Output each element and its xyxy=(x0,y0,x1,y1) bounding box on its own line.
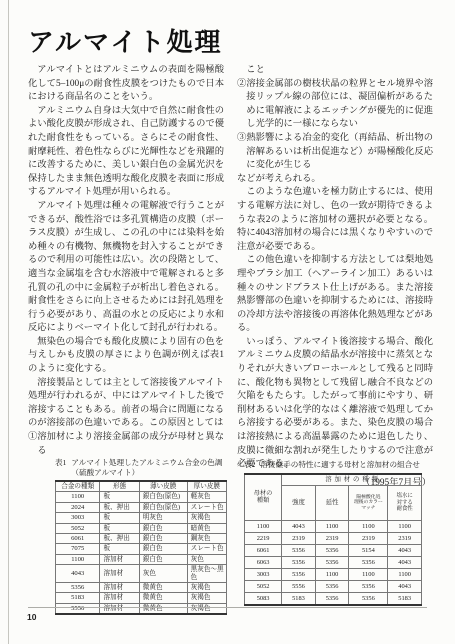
table1-block: 表1 アルマイト処理したアルミニウム合金の色調（硫酸アルマイト） 合金の種類 形… xyxy=(55,458,227,615)
table-cell: 黒灰色〜黒色 xyxy=(187,565,226,583)
paragraph: ②溶接金属部の樹枝状晶の粒界とセル境界や溶接リップル線の部位には、凝固偏析がある… xyxy=(237,78,433,132)
table-row: 11004043110011001100 xyxy=(245,521,422,533)
table-row: 5052板銀白色暗黄色 xyxy=(56,523,227,533)
table-cell: 1100 xyxy=(56,554,100,564)
table-cell: 1100 xyxy=(315,521,349,533)
table-cell: 灰色 xyxy=(139,565,187,583)
paragraph: こと xyxy=(237,64,433,78)
table-cell: 鋼灰色 xyxy=(187,534,226,544)
table-cell: 3003 xyxy=(56,513,100,523)
table-cell: 板 xyxy=(100,523,139,533)
table-cell: 4043 xyxy=(282,521,316,533)
table-cell: 2319 xyxy=(282,533,316,545)
table-cell: 4043 xyxy=(388,557,422,569)
table-cell: 灰褐色 xyxy=(187,603,226,614)
table-row: 22192319231923192319 xyxy=(245,533,422,545)
table-cell: 5356 xyxy=(282,545,316,557)
table-cell: 5356 xyxy=(315,593,349,606)
table-cell: 4043 xyxy=(56,565,100,583)
table-row: 3003板明灰色灰褐色 xyxy=(56,513,227,523)
table-row: 5356溶加材微黄色灰褐色 xyxy=(56,583,227,593)
table-cell: 1100 xyxy=(56,492,100,502)
table-cell: 5183 xyxy=(282,593,316,606)
table-cell: 板 xyxy=(100,513,139,523)
table-cell: 7075 xyxy=(56,544,100,554)
table-cell: 4043 xyxy=(388,581,422,593)
table-row: 6061板、押出銀白色鋼灰色 xyxy=(56,534,227,544)
table-cell: 銀白色(原色) xyxy=(139,492,187,502)
table-cell: 灰褐色 xyxy=(187,593,226,603)
t1-col-header-alloy: 合金の種類 xyxy=(56,481,100,492)
page-left-rule xyxy=(8,0,9,644)
t1-col-header-form: 形態 xyxy=(100,481,139,492)
page-number: 10 xyxy=(27,612,36,622)
table-row: 4043溶加材灰色黒灰色〜黒色 xyxy=(56,565,227,583)
table1-label: 表1 xyxy=(55,458,66,477)
table-cell: 板 xyxy=(100,492,139,502)
table-row: 2024板、押出銀白色(原色)スレート色 xyxy=(56,502,227,512)
table-cell: 銀白色 xyxy=(139,544,187,554)
paragraph: ③熱影響による冶金的変化（再結晶、析出物の溶解あるいは析出促進など）が陽極酸化反… xyxy=(237,132,433,173)
table-cell: 1100 xyxy=(388,521,422,533)
table-cell: 板、押出 xyxy=(100,534,139,544)
table-row: 5183溶加材微黄色灰褐色 xyxy=(56,593,227,603)
table-cell: 溶加材 xyxy=(100,565,139,583)
table-cell: 5083 xyxy=(245,593,282,606)
table-cell: 5356 xyxy=(349,557,388,569)
table-cell: 1100 xyxy=(388,569,422,581)
table-cell: 明灰色 xyxy=(139,513,187,523)
table-cell: 6061 xyxy=(245,545,282,557)
t1-col-header-thin-film: 薄い皮膜 xyxy=(139,481,187,492)
table-cell: 銀白色(原色) xyxy=(139,502,187,512)
t2-col-header-base-metal: 母材の 種類 xyxy=(245,474,282,521)
table-cell: 6061 xyxy=(56,534,100,544)
paragraph: この他色違いを抑制する方法としては梨地処理やブラシ加工（ヘアーライン加工）あるい… xyxy=(237,254,433,336)
table-row: 1100溶加材銀白色灰色 xyxy=(56,554,227,564)
table-cell: 銀白色 xyxy=(139,523,187,533)
table-cell: 溶加材 xyxy=(100,603,139,614)
table-cell: 4043 xyxy=(388,545,422,557)
table-cell: 微黄色 xyxy=(139,583,187,593)
paragraph: 溶接製品としては主として溶接後アルマイト処理が行われるが、中にはアルマイトした後… xyxy=(28,377,224,431)
table1: 合金の種類 形態 薄い皮膜 厚い皮膜 1100板銀白色(原色)軽灰色2024板、… xyxy=(55,480,227,615)
paragraph: いっぽう、アルマイト後溶接する場合、酸化アルミニウム皮膜の結晶水が溶接中に蒸気と… xyxy=(237,336,433,472)
table-cell: 灰褐色 xyxy=(187,583,226,593)
table2-label: 表2 xyxy=(244,460,255,470)
table-cell: 5356 xyxy=(349,581,388,593)
table-cell: 1100 xyxy=(349,569,388,581)
table-cell: 5356 xyxy=(315,581,349,593)
table-cell: 5183 xyxy=(56,593,100,603)
body-text: アルマイトとはアルミニウムの表面を陽極酸化して5–100μの耐食性皮膜をつけたも… xyxy=(28,64,433,490)
table1-header-row: 合金の種類 形態 薄い皮膜 厚い皮膜 xyxy=(56,481,227,492)
table-cell: 3003 xyxy=(245,569,282,581)
paragraph: 無染色の場合でも酸化皮膜により固有の色を与えしかも皮膜の厚さにより色調が例えば表… xyxy=(28,336,224,377)
table-cell: 5356 xyxy=(282,569,316,581)
t2-col-header-saltwater-corrosion: 塩水に 対する 耐食性 xyxy=(388,486,422,521)
left-column: アルマイトとはアルミニウムの表面を陽極酸化して5–100μの耐食性皮膜をつけたも… xyxy=(28,64,224,490)
t1-col-header-thick-film: 厚い皮膜 xyxy=(187,481,226,492)
table-row: 30035356110011001100 xyxy=(245,569,422,581)
table1-caption-text: アルマイト処理したアルミニウム合金の色調（硫酸アルマイト） xyxy=(71,458,227,477)
table-cell: 2219 xyxy=(245,533,282,545)
paragraph: アルミニウム自身は大気中で自然に耐食性のよい酸化皮膜が形成され、自己防護するので… xyxy=(28,105,224,200)
table-cell: 溶加材 xyxy=(100,554,139,564)
table-cell: 1100 xyxy=(245,521,282,533)
table-cell: 5052 xyxy=(56,523,100,533)
table-row: 60615356535651544043 xyxy=(245,545,422,557)
table2-caption-text: 溶接継手の特性に適する母材と溶加材の組合せ xyxy=(260,460,419,470)
table2-caption: 表2 溶接継手の特性に適する母材と溶加材の組合せ xyxy=(244,460,422,470)
table-cell: 2319 xyxy=(349,533,388,545)
table1-caption: 表1 アルマイト処理したアルミニウム合金の色調（硫酸アルマイト） xyxy=(55,458,227,477)
table-cell: 5356 xyxy=(282,557,316,569)
table-cell: 銀白色 xyxy=(139,554,187,564)
footer-rule xyxy=(28,607,427,608)
t2-group-header-filler: 溶加材の種類 xyxy=(282,474,422,486)
table-cell: 板、押出 xyxy=(100,502,139,512)
page-title: アルマイト処理 xyxy=(28,22,222,59)
t2-col-header-anodize-color-match: 陽極酸化処 理後のカラー マッチ xyxy=(349,486,388,521)
table-cell: 5183 xyxy=(388,593,422,606)
table-cell: 軽灰色 xyxy=(187,492,226,502)
table-row: 50835183535653565183 xyxy=(245,593,422,606)
table-cell: 5356 xyxy=(56,583,100,593)
paragraph: などが考えられる。 xyxy=(237,173,433,187)
table-cell: 微黄色 xyxy=(139,603,187,614)
paragraph: ①溶加材により溶接金属部の成分が母材と異なる xyxy=(28,431,224,458)
table-cell: 銀白色 xyxy=(139,534,187,544)
table-cell: 微黄色 xyxy=(139,593,187,603)
table-row: 60635356535653564043 xyxy=(245,557,422,569)
table-row: 50525556535653564043 xyxy=(245,581,422,593)
table-cell: 2024 xyxy=(56,502,100,512)
paragraph: このような色違いを極力防止するには、使用する電解方法に対し、色の一致が期待できる… xyxy=(237,186,433,254)
table-cell: 5556 xyxy=(282,581,316,593)
table-row: 5556溶加材微黄色灰褐色 xyxy=(56,603,227,614)
table-cell: 5356 xyxy=(315,545,349,557)
table-cell: 2319 xyxy=(315,533,349,545)
table-cell: 灰色 xyxy=(187,554,226,564)
t2-col-header-strength: 強度 xyxy=(282,486,316,521)
table-cell: 暗黄色 xyxy=(187,523,226,533)
paragraph: アルマイトとはアルミニウムの表面を陽極酸化して5–100μの耐食性皮膜をつけたも… xyxy=(28,64,224,105)
table-cell: 1100 xyxy=(315,569,349,581)
table-cell: 5356 xyxy=(349,593,388,606)
table-cell: 5052 xyxy=(245,581,282,593)
table-cell: 5154 xyxy=(349,545,388,557)
table-cell: 2319 xyxy=(388,533,422,545)
paragraph: アルマイト処理は種々の電解液で行うことができるが、酸性浴では多孔質構造の皮膜（ポ… xyxy=(28,200,224,336)
table-cell: 灰褐色 xyxy=(187,513,226,523)
table-cell: 6063 xyxy=(245,557,282,569)
table2: 母材の 種類 溶加材の種類 強度 延性 陽極酸化処 理後のカラー マッチ 塩水に… xyxy=(244,473,422,607)
table2-block: 表2 溶接継手の特性に適する母材と溶加材の組合せ 母材の 種類 溶加材の種類 強… xyxy=(244,460,422,606)
t2-col-header-ductility: 延性 xyxy=(315,486,349,521)
document-page: アルマイト処理 アルマイトとはアルミニウムの表面を陽極酸化して5–100μの耐食… xyxy=(0,0,455,644)
table-cell: 溶加材 xyxy=(100,583,139,593)
table-cell: 5356 xyxy=(315,557,349,569)
table-cell: スレート色 xyxy=(187,544,226,554)
table-cell: 溶加材 xyxy=(100,593,139,603)
table-cell: 1100 xyxy=(349,521,388,533)
table-cell: 板 xyxy=(100,544,139,554)
right-column: こと②溶接金属部の樹枝状晶の粒界とセル境界や溶接リップル線の部位には、凝固偏析が… xyxy=(237,64,433,490)
table2-group-header-row: 母材の 種類 溶加材の種類 xyxy=(245,474,422,486)
table-row: 7075板銀白色スレート色 xyxy=(56,544,227,554)
table-row: 1100板銀白色(原色)軽灰色 xyxy=(56,492,227,502)
table-cell: スレート色 xyxy=(187,502,226,512)
table-cell: 5556 xyxy=(56,603,100,614)
